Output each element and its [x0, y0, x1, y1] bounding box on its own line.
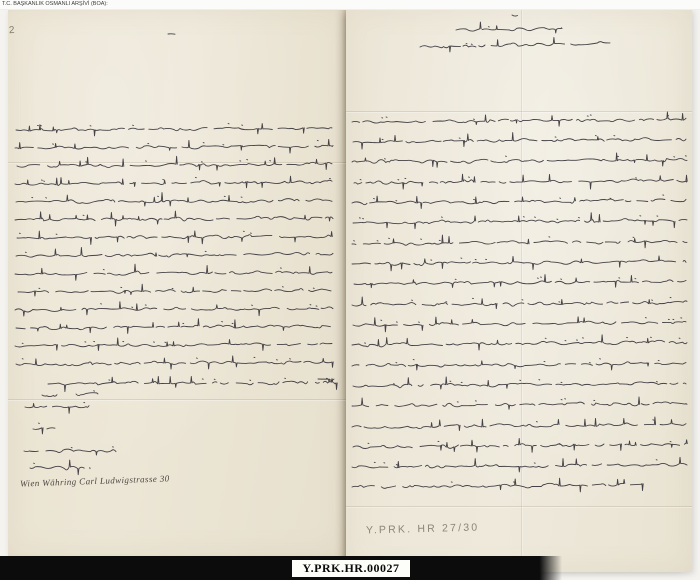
archive-scan-viewer: 2 Wien Währing Carl Ludwigstrasse 30 Y.P…: [0, 0, 700, 580]
scan-header-bar: T.C. BAŞKANLIK OSMANLI ARŞİVİ (BOA):: [0, 0, 700, 10]
manuscript-right-page: [346, 9, 692, 572]
fold-crease: [346, 111, 692, 112]
archive-watermark-label: T.C. BAŞKANLIK OSMANLI ARŞİVİ (BOA):: [2, 1, 108, 7]
scan-footer-bar: [0, 556, 562, 580]
fold-crease: [8, 399, 346, 400]
pencil-page-number: 2: [9, 25, 15, 36]
fold-crease: [346, 506, 692, 507]
reference-stamp-label: Y.PRK.HR.00027: [303, 561, 400, 576]
fold-crease: [521, 9, 522, 572]
reference-stamp: Y.PRK.HR.00027: [292, 560, 410, 577]
manuscript-left-page: [8, 9, 346, 556]
fold-crease: [8, 162, 346, 163]
